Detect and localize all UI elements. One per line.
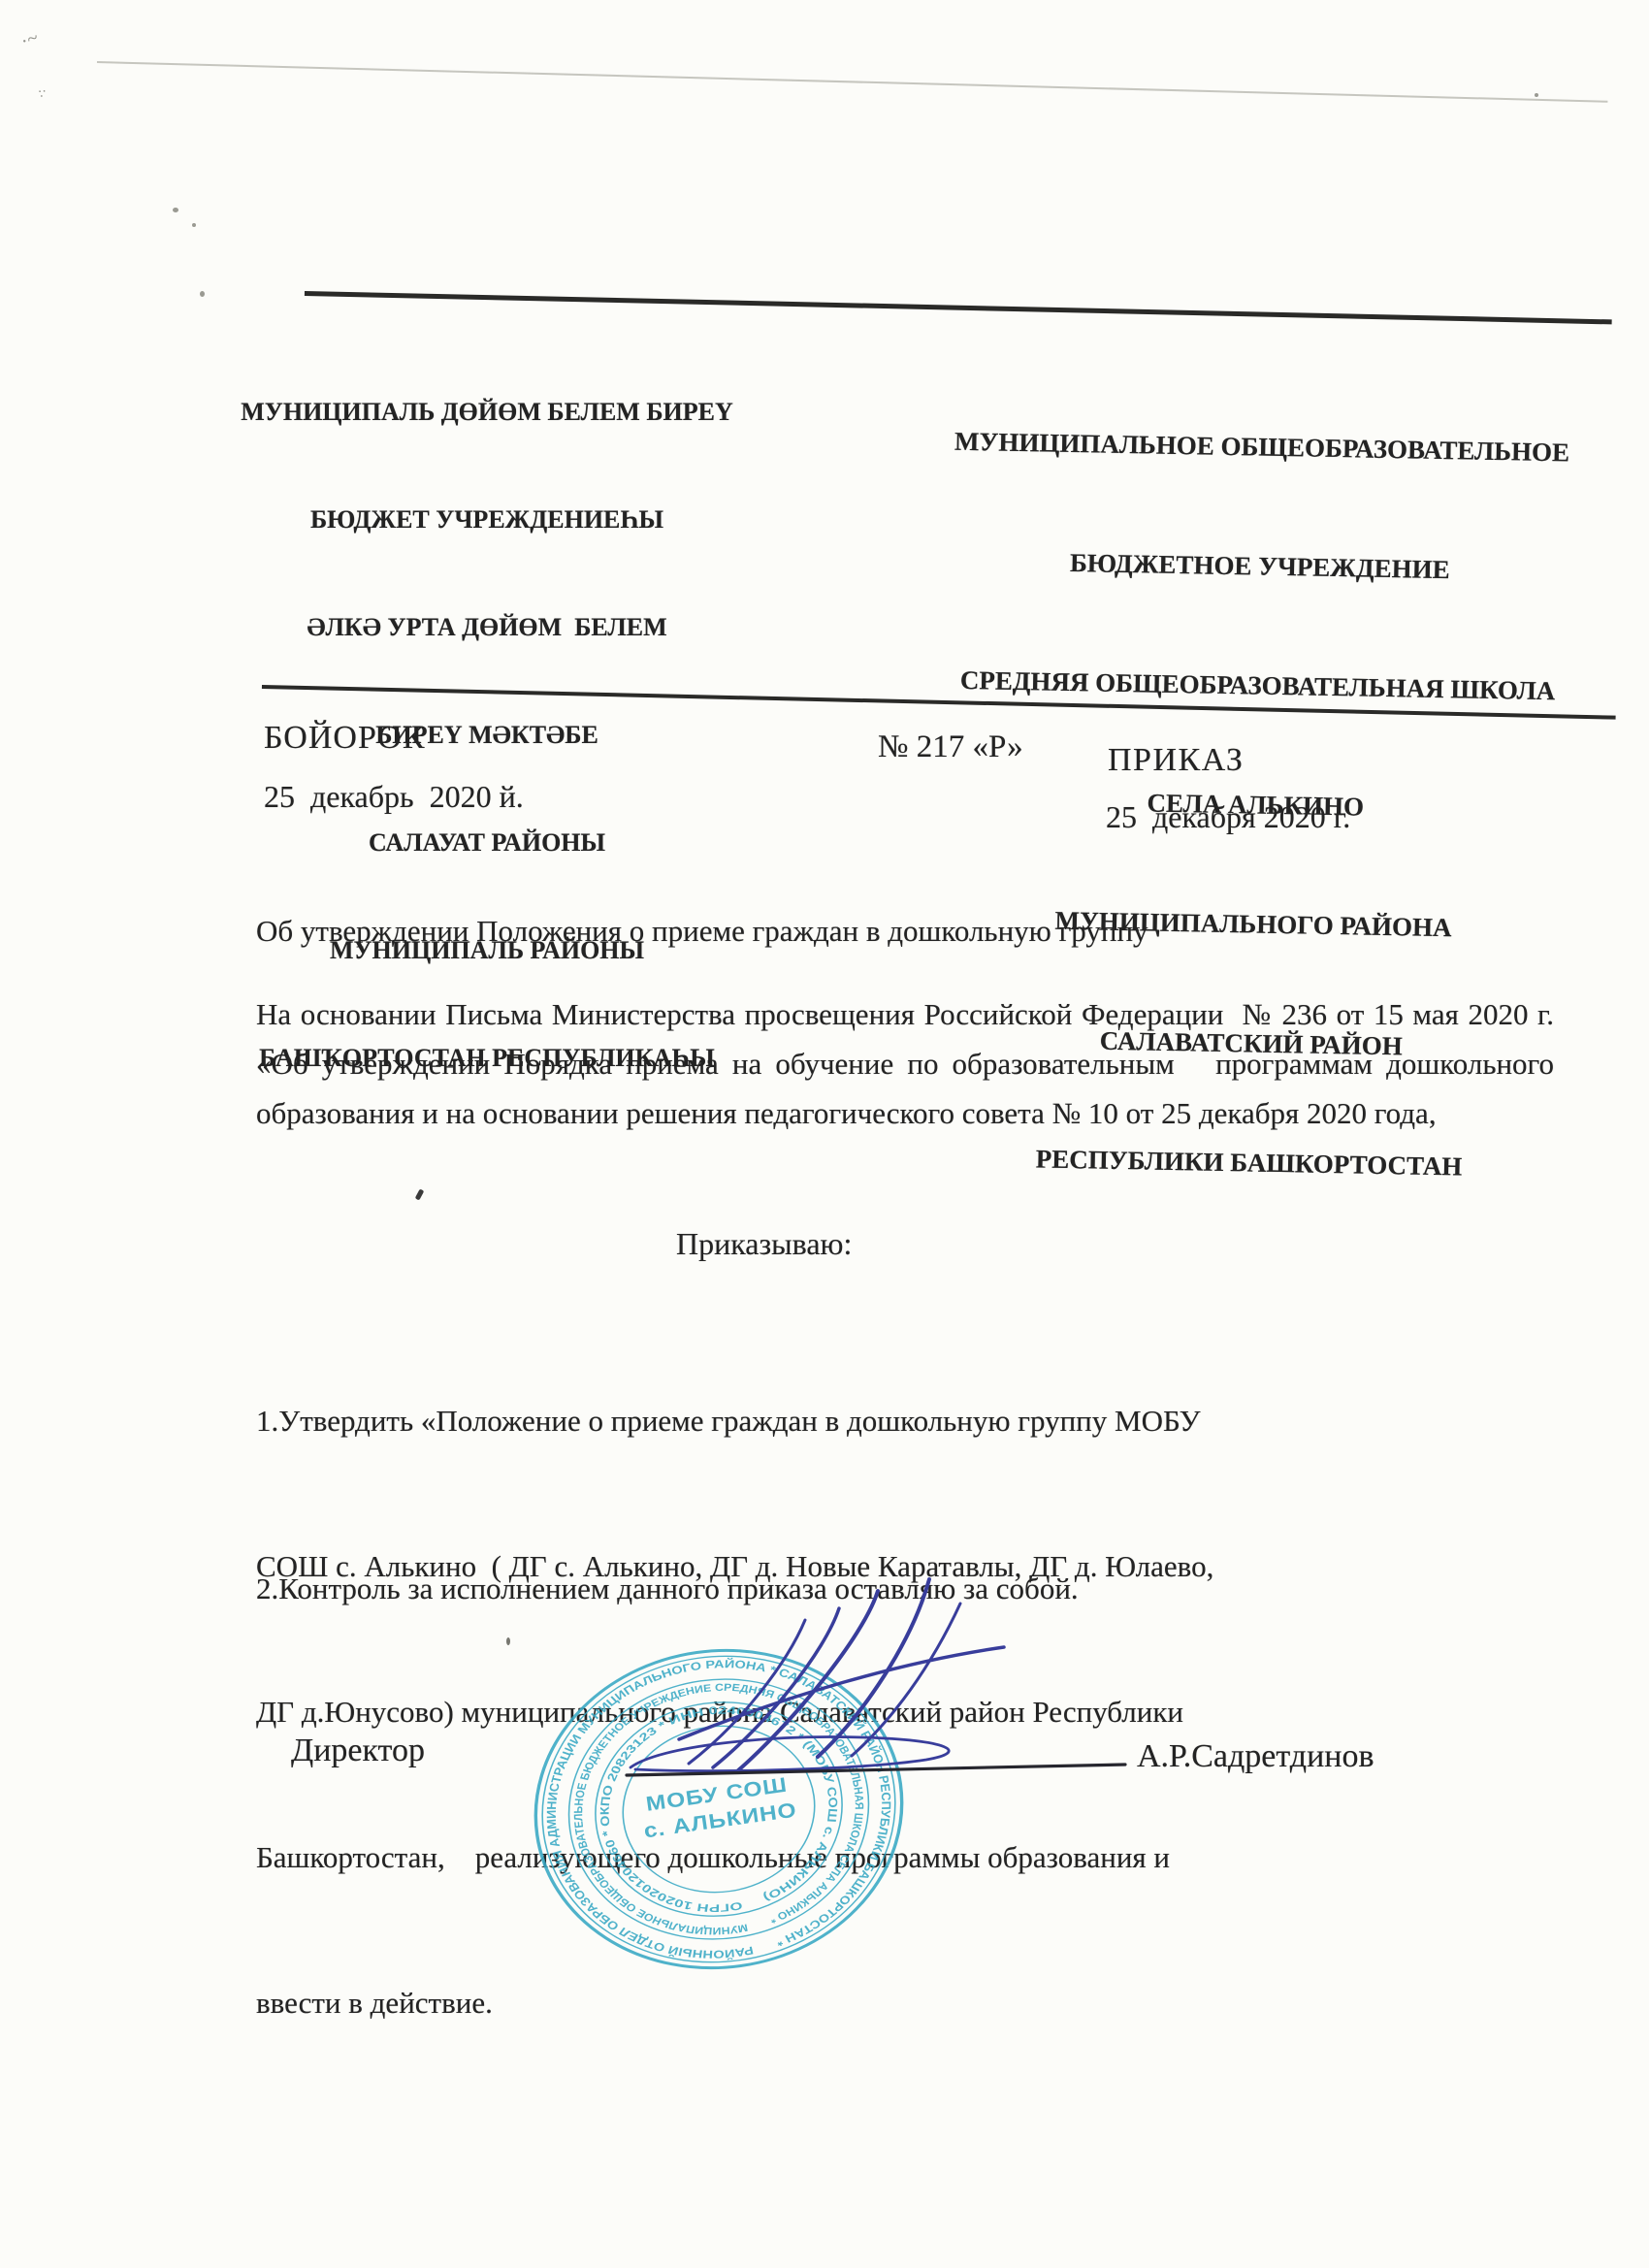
order-title-bashkir: БОЙОРОК — [264, 720, 426, 757]
org-name-line: САЛАУАТ РАЙОНЫ — [221, 825, 753, 860]
order-date-russian: 25 декабря 2020 г. — [1106, 799, 1350, 835]
scan-pen-mark: :· — [37, 84, 50, 102]
org-name-line: ӘЛКӘ УРТА ДӨЙӨМ БЕЛЕМ — [221, 609, 753, 645]
scan-artifact-line — [97, 61, 1608, 103]
position-label: Директор — [291, 1733, 425, 1769]
order-date-bashkir: 25 декабрь 2020 й. — [264, 779, 524, 815]
resolve-word: Приказываю: — [676, 1226, 852, 1262]
org-name-line: МУНИЦИПАЛЬ ДӨЙӨМ БЕЛЕМ БИРЕҮ — [221, 394, 753, 430]
order-subject: Об утверждении Положения о приеме гражда… — [256, 914, 1566, 949]
order-number: № 217 «Р» — [878, 729, 1023, 765]
org-name-line: МУНИЦИПАЛЬНОЕ ОБЩЕОБРАЗОВАТЕЛЬНОЕ — [912, 421, 1613, 473]
scan-speck — [200, 291, 205, 297]
org-name-line: БЮДЖЕТ УЧРЕЖДЕНИЕҺЫ — [221, 502, 753, 537]
scan-speck — [415, 1188, 425, 1200]
order-item-line: ввести в действие. — [256, 1979, 1575, 2027]
document-page: ·~ :· МУНИЦИПАЛЬ ДӨЙӨМ БЕЛЕМ БИРЕҮ БЮДЖЕ… — [0, 0, 1649, 2268]
scan-speck — [1535, 93, 1538, 97]
basis-paragraph: На основании Письма Министерства просвещ… — [256, 989, 1554, 1138]
header-rule-top — [305, 291, 1612, 324]
signature-ink — [543, 1550, 1183, 1812]
scan-speck — [173, 208, 178, 212]
org-name-line: БЮДЖЕТНОЕ УЧРЕЖДЕНИЕ — [909, 540, 1610, 593]
order-item-line: 1.Утвердить «Положение о приеме граждан … — [256, 1397, 1575, 1445]
org-name-line: РЕСПУБЛИКИ БАШКОРТОСТАН — [898, 1137, 1600, 1189]
scan-pen-mark: ·~ — [18, 27, 42, 54]
order-title-russian: ПРИКАЗ — [1108, 742, 1244, 779]
scan-speck — [192, 223, 196, 227]
